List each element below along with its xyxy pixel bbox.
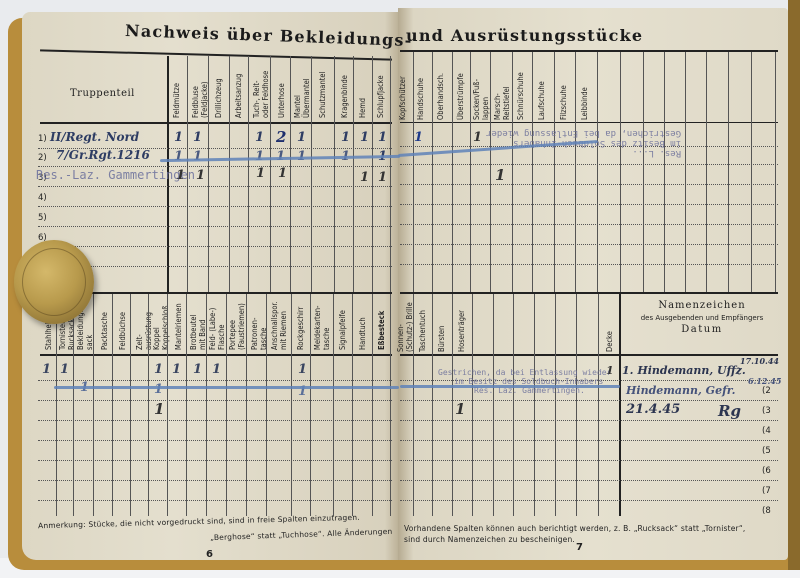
handwritten-value: 1 [278, 166, 287, 181]
dotted-row-line [400, 184, 778, 185]
row-number: 5) [38, 213, 47, 223]
column-divider [413, 52, 414, 292]
signature-row1: 1. Hindemann, Uffz. [622, 364, 746, 377]
dotted-row-line [38, 460, 392, 461]
book-cover-edge [788, 0, 800, 570]
column-divider [56, 294, 57, 516]
row-number: (3 [762, 406, 771, 416]
stamp-line: Gestrichen, da bei Entlassung wieder [438, 368, 611, 377]
column-divider [598, 294, 599, 516]
column-divider [706, 52, 707, 292]
column-divider [493, 294, 494, 516]
handwritten-value: 2 [276, 128, 286, 146]
row-number: 2) [38, 153, 47, 163]
handwritten-value: 1 [378, 130, 387, 145]
header-schutzmantel: Schutzmantel [318, 60, 327, 118]
row-number: (8 [762, 506, 771, 516]
dotted-row-line [38, 420, 392, 421]
row-number: (6 [762, 466, 771, 476]
dotted-row-line [400, 440, 778, 441]
header-unterhose: Unterhose [277, 60, 286, 118]
column-divider [208, 56, 209, 292]
column-divider [575, 52, 576, 292]
column-divider [352, 294, 353, 516]
page-number-right: 7 [576, 542, 583, 553]
handwritten-value: 1 [360, 130, 369, 145]
handwritten-value: 1 [495, 166, 505, 184]
column-divider [472, 294, 473, 516]
header-drillichzeug: Drillichzeug [214, 60, 223, 118]
signature-row3-date: 21.4.45 [626, 402, 680, 417]
column-divider [452, 52, 453, 292]
column-divider [620, 52, 621, 292]
dotted-row-line [38, 206, 392, 207]
dotted-row-line [38, 400, 392, 401]
column-header: Hosenträger [457, 298, 466, 352]
column-divider [413, 294, 414, 516]
column-divider [597, 52, 598, 292]
dotted-row-line [400, 480, 778, 481]
column-divider [390, 56, 391, 292]
column-divider [73, 294, 74, 516]
dotted-row-line [38, 166, 392, 167]
column-divider [266, 294, 267, 516]
column-divider [226, 294, 227, 516]
handwritten-value: 1 [172, 362, 181, 377]
header-tuchhose: Tuch-, Reit- oder Feldhose [252, 60, 270, 118]
dotted-row-line [38, 186, 392, 187]
column-divider [490, 52, 491, 292]
header-schnuerschuhe: Schnürschuhe [516, 58, 525, 120]
column-divider [534, 294, 535, 516]
truppenteil-header: Truppenteil [70, 88, 135, 99]
column-header: Handtuch [358, 300, 367, 350]
coin [14, 240, 94, 324]
top-table-top-rule-right [400, 50, 778, 52]
column-divider [513, 294, 514, 516]
column-header: Anschnallspor. mit Riemen [270, 300, 288, 350]
header-feldbluse: Feldbluse (Feldjacke) [191, 60, 209, 118]
header-feldmuetze: Feldmütze [172, 60, 181, 118]
column-header: Portepee (Faustriemen) [228, 300, 246, 350]
dotted-row-line [38, 480, 392, 481]
column-divider [186, 294, 187, 516]
bottom-stamp: Gestrichen, da bei Entlassung wieder im … [438, 368, 611, 395]
header-arbeitsanzug: Arbeitsanzug [234, 60, 243, 118]
column-header: Feldbüchse [118, 300, 127, 350]
stamp-line: Gestrichen, da bei Entlassung wieder [486, 128, 681, 138]
column-divider [775, 52, 776, 292]
header-schlupfjacke: Schlupfjacke [376, 60, 385, 118]
column-divider [643, 52, 644, 292]
handwritten-value: 1 [473, 130, 482, 145]
column-header: Zelt- ausrüstung [135, 300, 153, 350]
dotted-row-line [400, 460, 778, 461]
column-divider [334, 56, 335, 292]
handwritten-value: 1 [256, 166, 265, 181]
signature-row3: Rg [718, 402, 741, 420]
truppenteil-row3-stamp: Res.-Laz. Gammertingen [36, 168, 195, 182]
column-header: Taschentuch [418, 298, 427, 352]
column-divider [452, 294, 453, 516]
column-divider [167, 294, 168, 516]
dotted-row-line [400, 164, 778, 165]
signature-row1-date: 17.10.44 [740, 356, 779, 366]
column-divider [576, 294, 577, 516]
column-divider [353, 56, 354, 292]
column-header: Bürsten [437, 298, 446, 352]
handwritten-value: 1 [298, 362, 307, 377]
column-divider [248, 56, 249, 292]
header-kragenbinde: Kragenbinde [340, 60, 349, 118]
column-divider [728, 52, 729, 292]
column-divider [664, 52, 665, 292]
handwritten-value: 1 [255, 130, 264, 145]
dotted-row-line [400, 420, 778, 421]
note-right-line2: sind durch Namenzeichen zu bescheinigen. [404, 535, 575, 544]
handwritten-value: 1 [193, 362, 202, 377]
column-header: Packtasche [100, 300, 109, 350]
column-divider [290, 56, 291, 292]
column-divider [532, 52, 533, 292]
column-header: Rockgeschirr [296, 300, 305, 350]
dotted-row-line [38, 440, 392, 441]
column-header: Feld- (Labe-) Flasche [208, 300, 226, 350]
signature-row2-date: 6.12.45 [748, 376, 781, 386]
top-table-header-rule-right [400, 122, 778, 123]
column-header: Eßbesteck [377, 300, 386, 350]
row-number: (2 [762, 386, 771, 396]
column-divider [148, 294, 149, 516]
handwritten-value: 1 [378, 170, 387, 185]
column-divider [206, 294, 207, 516]
column-divider [619, 294, 621, 516]
column-divider [112, 294, 113, 516]
truppenteil-row2: 7/Gr.Rgt.1216 [56, 148, 150, 162]
column-header: Sonnen- (Schutz-) Brille [396, 298, 414, 352]
title-right: und Ausrüstungsstücke [406, 26, 643, 45]
handwritten-value: 1 [154, 382, 163, 397]
header-filzschuhe: Filzschuhe [559, 58, 568, 120]
strike-line-bottom-left [54, 386, 399, 389]
column-divider [130, 294, 131, 516]
dotted-row-line [400, 244, 778, 245]
row-number: (4 [762, 426, 771, 436]
column-divider [432, 294, 433, 516]
row-number: 1) [38, 134, 47, 144]
column-divider [270, 56, 271, 292]
header-mantel: Mantel Übermantel [293, 60, 311, 118]
strike-line-bottom-right [400, 385, 620, 388]
stamp-line: Res. L... [486, 148, 681, 158]
row-number: (5 [762, 446, 771, 456]
row-number: 4) [38, 193, 47, 203]
column-divider [291, 294, 292, 516]
dotted-row-line [38, 380, 392, 381]
handwritten-value: 1 [193, 130, 202, 145]
header-oberhandschuhe: Oberhandsch. [436, 58, 445, 120]
column-divider [555, 294, 556, 516]
handwritten-value: 1 [60, 362, 69, 377]
truppenteil-row1: II/Regt. Nord [50, 130, 139, 144]
column-divider [372, 294, 373, 516]
column-divider [311, 56, 312, 292]
dotted-row-line [38, 246, 392, 247]
column-header: Decke [605, 298, 614, 352]
bottom-table-header-rule-right [400, 354, 778, 356]
column-divider [554, 52, 555, 292]
handwritten-value: 1 [297, 130, 306, 145]
handwritten-value: 1 [176, 168, 185, 183]
column-header: Meldekarten- tasche [313, 300, 331, 350]
column-divider [751, 52, 752, 292]
column-divider [390, 294, 391, 516]
header-ueberstruempfe: Überstrümpfe [456, 58, 465, 120]
namenzeichen-header: Namenzeichen des Ausgebenden und Empfäng… [622, 300, 782, 335]
dotted-row-line [400, 264, 778, 265]
column-divider [333, 294, 334, 516]
header-laufschuhe: Laufschuhe [537, 58, 546, 120]
handwritten-value: 1 [154, 362, 163, 377]
dotted-row-line [400, 204, 778, 205]
column-divider [310, 294, 311, 516]
signature-row2: Hindemann, Gefr. [626, 384, 735, 397]
handwritten-value: 1 [341, 130, 350, 145]
header-marschstiefel: Marsch- Reitstiefel [493, 58, 511, 120]
dotted-row-line [38, 226, 392, 227]
handwritten-value: 1 [360, 170, 369, 185]
header-kopfschuetzer: Kopfschützer [398, 58, 407, 120]
column-divider [372, 56, 373, 292]
handwritten-value: 1 [212, 362, 221, 377]
dotted-row-line [38, 500, 392, 501]
dotted-row-line [400, 224, 778, 225]
column-header: Mantelriemen [174, 300, 183, 350]
column-header: Brotbeutel mit Band [189, 300, 207, 350]
handwritten-value: 1 [414, 130, 423, 145]
column-divider [93, 294, 94, 516]
column-divider [470, 52, 471, 292]
dotted-row-line [400, 500, 778, 501]
top-table-header-rule [40, 122, 392, 124]
column-divider [432, 52, 433, 292]
column-divider [229, 56, 230, 292]
header-socken: Socken/Fuß- lappen [472, 58, 490, 120]
handwritten-value: 1 [174, 130, 183, 145]
header-handschuhe: Handschuhe [416, 58, 425, 120]
handwritten-value: 1 [196, 168, 205, 183]
header-hemd: Hemd [358, 60, 367, 118]
header-leibbinde: Leibbinde [580, 58, 589, 120]
note-right: Vorhandene Spalten können auch berichtig… [404, 524, 746, 533]
row-number: (7 [762, 486, 771, 496]
handwritten-value: 1 [606, 364, 614, 377]
page-number-left: 6 [206, 549, 213, 560]
handwritten-value: 1 [154, 400, 164, 418]
column-header: Signalpfeife [338, 300, 347, 350]
handwritten-value: 1 [455, 400, 465, 418]
bottom-table-top-rule-right [400, 292, 778, 294]
handwritten-value: 1 [42, 362, 51, 377]
column-divider [246, 294, 247, 516]
column-divider [685, 52, 686, 292]
column-divider [512, 52, 513, 292]
handwritten-value: 1 [193, 149, 202, 164]
